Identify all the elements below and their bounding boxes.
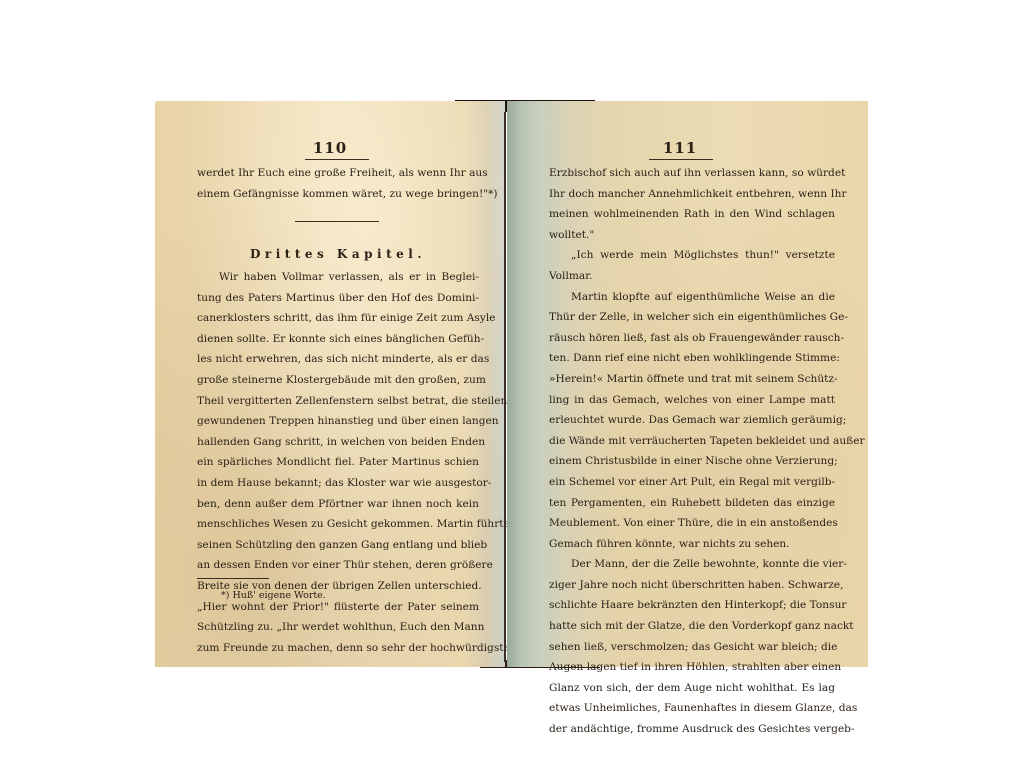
- text-line: an dessen Enden vor einer Thür stehen, d…: [197, 555, 479, 576]
- book-spine: [504, 112, 506, 662]
- text-line: sehen ließ, verschmolzen; das Gesicht wa…: [549, 637, 835, 658]
- text-line: „Ich werde mein Möglichstes thun!" verse…: [549, 245, 835, 266]
- text-line: Vollmar.: [549, 266, 835, 287]
- text-line: Der Mann, der die Zelle bewohnte, konnte…: [549, 554, 835, 575]
- text-line: etwas Unheimliches, Faunenhaftes in dies…: [549, 698, 835, 719]
- text-line: Glanz von sich, der dem Auge nicht wohlt…: [549, 678, 835, 699]
- text-line: schlichte Haare bekränzten den Hinterkop…: [549, 595, 835, 616]
- text-line: Martin klopfte auf eigenthümliche Weise …: [549, 287, 835, 308]
- text-line: tung des Paters Martinus über den Hof de…: [197, 288, 479, 309]
- chapter-title: Drittes Kapitel.: [197, 247, 479, 261]
- text-line: der andächtige, fromme Ausdruck des Gesi…: [549, 719, 835, 740]
- text-line: meinen wohlmeinenden Rath in den Wind sc…: [549, 204, 835, 225]
- text-line: gewundenen Treppen hinanstieg und über e…: [197, 411, 479, 432]
- text-line: Erzbischof sich auch auf ihn verlassen k…: [549, 163, 835, 184]
- footnote-rule: [197, 578, 269, 579]
- right-text: Erzbischof sich auch auf ihn verlassen k…: [549, 163, 835, 740]
- text-line: ziger Jahre noch nicht überschritten hab…: [549, 575, 835, 596]
- text-line: dienen sollte. Er konnte sich eines bäng…: [197, 329, 479, 350]
- text-line: Meublement. Von einer Thüre, die in ein …: [549, 513, 835, 534]
- right-page: 111 Erzbischof sich auch auf ihn verlass…: [507, 101, 868, 667]
- text-line: Schützling zu. „Ihr werdet wohlthun, Euc…: [197, 617, 479, 638]
- left-page: 110 werdet Ihr Euch eine große Freiheit,…: [155, 101, 505, 667]
- text-line: hatte sich mit der Glatze, die den Vorde…: [549, 616, 835, 637]
- text-line: Ihr doch mancher Annehmlichkeit entbehre…: [549, 184, 835, 205]
- footnote: *) Huß' eigene Worte.: [221, 590, 326, 601]
- text-line: canerklosters schritt, das ihm für einig…: [197, 308, 479, 329]
- text-line: einem Christusbilde in einer Nische ohne…: [549, 451, 835, 472]
- text-line: ling in das Gemach, welches von einer La…: [549, 390, 835, 411]
- text-line: menschliches Wesen zu Gesicht gekommen. …: [197, 514, 479, 535]
- text-line: hallenden Gang schritt, in welchen von b…: [197, 432, 479, 453]
- text-line: ein spärliches Mondlicht fiel. Pater Mar…: [197, 452, 479, 473]
- text-line: große steinerne Klostergebäude mit den g…: [197, 370, 479, 391]
- text-line: zum Freunde zu machen, denn so sehr der …: [197, 638, 479, 659]
- text-line: erleuchtet wurde. Das Gemach war ziemlic…: [549, 410, 835, 431]
- text-line: »Herein!« Martin öffnete und trat mit se…: [549, 369, 835, 390]
- text-line: ten. Dann rief eine nicht eben wohlkling…: [549, 348, 835, 369]
- text-line: in dem Hause bekannt; das Kloster war wi…: [197, 473, 479, 494]
- text-line: Thür der Zelle, in welcher sich ein eige…: [549, 307, 835, 328]
- page-number-rule: [305, 159, 369, 160]
- text-line: einem Gefängnisse kommen wäret, zu wege …: [197, 184, 479, 205]
- text-line: Gemach führen könnte, war nichts zu sehe…: [549, 534, 835, 555]
- text-line: Wir haben Vollmar verlassen, als er in B…: [197, 267, 479, 288]
- left-top-text: werdet Ihr Euch eine große Freiheit, als…: [197, 163, 479, 204]
- text-line: wolltet.": [549, 225, 835, 246]
- text-line: ten Pergamenten, ein Ruhebett bildeten d…: [549, 493, 835, 514]
- text-line: die Wände mit verräucherten Tapeten bekl…: [549, 431, 835, 452]
- text-line: ben, denn außer dem Pförtner war ihnen n…: [197, 494, 479, 515]
- text-line: ein Schemel vor einer Art Pult, ein Rega…: [549, 472, 835, 493]
- chapter-divider: [295, 221, 379, 222]
- text-line: les nicht erwehren, das sich nicht minde…: [197, 349, 479, 370]
- page-number-right: 111: [640, 139, 720, 157]
- text-line: seinen Schützling den ganzen Gang entlan…: [197, 535, 479, 556]
- text-line: werdet Ihr Euch eine große Freiheit, als…: [197, 163, 479, 184]
- text-line: Theil vergitterten Zellenfenstern selbst…: [197, 391, 479, 412]
- page-number-rule: [649, 159, 713, 160]
- text-line: Augen lagen tief in ihren Höhlen, strahl…: [549, 657, 835, 678]
- text-line: räusch hören ließ, fast als ob Frauengew…: [549, 328, 835, 349]
- page-number-left: 110: [290, 139, 370, 157]
